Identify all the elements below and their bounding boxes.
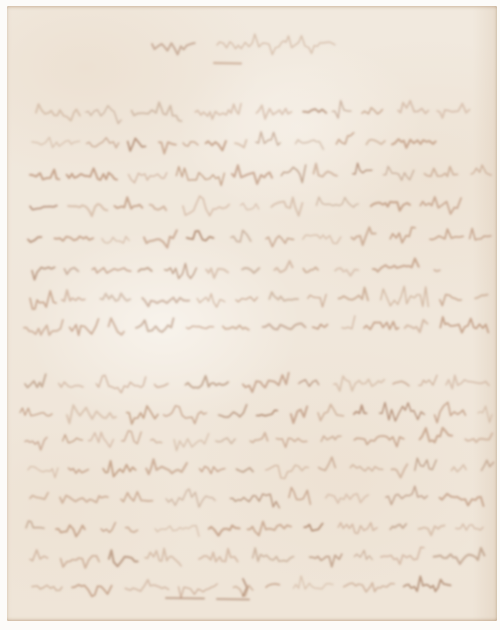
handwriting-line xyxy=(30,163,491,185)
handwriting-line xyxy=(20,402,492,424)
handwriting-line xyxy=(32,132,436,154)
handwriting-layer xyxy=(0,0,500,630)
handwriting-line xyxy=(30,547,484,568)
scanned-letter: Chère Madame Faded sepia cursive handwri… xyxy=(0,0,500,630)
handwriting-line xyxy=(30,196,461,216)
handwriting-line xyxy=(25,428,492,451)
handwriting-line xyxy=(26,521,483,537)
handwriting-line xyxy=(25,373,489,393)
handwriting-line xyxy=(28,457,494,478)
handwriting-line xyxy=(30,486,484,508)
handwriting-line xyxy=(30,286,488,309)
handwriting-line xyxy=(32,258,440,279)
handwriting-line xyxy=(28,227,491,247)
handwriting-line xyxy=(24,316,488,335)
salutation-handwriting xyxy=(152,34,335,63)
handwriting-line xyxy=(36,101,470,124)
handwriting-line xyxy=(32,576,451,598)
